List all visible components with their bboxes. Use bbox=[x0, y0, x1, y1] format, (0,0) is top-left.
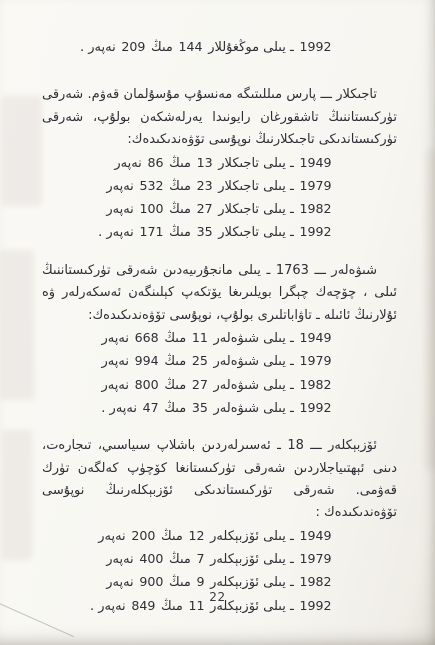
page-text-block: 1992 ـ يىلى موڭغۇللار 144 مىڭ 209 نەپەر … bbox=[42, 36, 397, 618]
thousand-word: مىڭ bbox=[164, 331, 186, 346]
thousand-word: مىڭ bbox=[169, 225, 191, 240]
stat-thousands: 27 bbox=[195, 201, 214, 216]
stat-remainder: 532 bbox=[138, 178, 165, 193]
stat-label: ـ يىلى تاجىكلار bbox=[218, 202, 294, 217]
stat-thousands: 35 bbox=[195, 224, 214, 239]
stat-thousands: 27 bbox=[190, 377, 209, 392]
thousand-word: مىڭ bbox=[161, 529, 183, 544]
stat-unit: نەپەر . bbox=[80, 40, 116, 55]
stat-unit: نەپەر bbox=[102, 331, 129, 346]
stat-unit: نەپەر bbox=[106, 179, 133, 194]
stat-thousands: 7 bbox=[195, 551, 206, 566]
stat-year: 1982 bbox=[298, 201, 333, 216]
stat-unit: نەپەر bbox=[106, 202, 133, 217]
thousand-word: مىڭ bbox=[169, 552, 191, 567]
population-stat-line: 1979 ـ يىلى تاجىكلار 23 مىڭ 532 نەپەر bbox=[42, 175, 333, 198]
thousand-word: مىڭ bbox=[169, 156, 191, 171]
stat-remainder: 800 bbox=[133, 377, 160, 392]
stat-thousands: 23 bbox=[195, 178, 214, 193]
stat-remainder: 47 bbox=[141, 400, 160, 415]
population-stat-line: 1979 ـ يىلى ئۆزبېكلەر 7 مىڭ 400 نەپەر bbox=[42, 548, 333, 571]
stat-remainder: 900 bbox=[138, 574, 165, 589]
population-stat-line: 1949 ـ يىلى شىۋەلەر 11 مىڭ 668 نەپەر bbox=[42, 327, 333, 350]
stat-year: 1949 bbox=[298, 330, 333, 345]
population-stat-line: 1982 ـ يىلى شىۋەلەر 27 مىڭ 800 نەپەر bbox=[42, 374, 333, 397]
stat-label: ـ يىلى تاجىكلار bbox=[218, 225, 294, 240]
stat-thousands: 12 bbox=[187, 528, 206, 543]
stat-label: ـ يىلى شىۋەلەر bbox=[213, 331, 293, 346]
stat-remainder: 209 bbox=[120, 39, 147, 54]
stat-remainder: 171 bbox=[138, 224, 165, 239]
stat-label: ـ يىلى ئۆزبېكلەر bbox=[210, 552, 294, 567]
stats-xibes: 1949 ـ يىلى شىۋەلەر 11 مىڭ 668 نەپەر 197… bbox=[42, 327, 397, 420]
stat-unit: نەپەر bbox=[102, 354, 129, 369]
paragraph-tajiks: تاجىكلار ـــ پارس مىللىتىگە مەنسۇپ مۇسۇل… bbox=[42, 84, 397, 151]
paragraph-uzbeks: ئۆزبېكلەر ـــ 18 ـ ئەسىرلەردىن باشلاپ سى… bbox=[42, 435, 397, 525]
stat-remainder: 668 bbox=[133, 330, 160, 345]
stat-label: ـ يىلى شىۋەلەر bbox=[213, 401, 293, 416]
section-tajiks: تاجىكلار ـــ پارس مىللىتىگە مەنسۇپ مۇسۇل… bbox=[42, 84, 397, 244]
thousand-word: مىڭ bbox=[164, 401, 186, 416]
stat-year: 1992 bbox=[298, 224, 333, 239]
population-stat-line-mongols-1992: 1992 ـ يىلى موڭغۇللار 144 مىڭ 209 نەپەر … bbox=[42, 36, 333, 59]
stat-year: 1992 bbox=[298, 39, 333, 54]
section-xibes: شىۋەلەر ـــ 1763 ـ يىلى مانجۇرىيەدىن شەر… bbox=[42, 260, 397, 420]
stat-year: 1982 bbox=[298, 377, 333, 392]
population-stat-line: 1979 ـ يىلى شىۋەلەر 25 مىڭ 994 نەپەر bbox=[42, 350, 333, 373]
population-stat-line: 1982 ـ يىلى تاجىكلار 27 مىڭ 100 نەپەر bbox=[42, 198, 333, 221]
population-stat-line: 1992 ـ يىلى تاجىكلار 35 مىڭ 171 نەپەر . bbox=[42, 221, 333, 244]
page-bleedthrough bbox=[0, 250, 34, 400]
stat-label: ـ يىلى تاجىكلار bbox=[218, 179, 294, 194]
thousand-word: مىڭ bbox=[169, 202, 191, 217]
stat-unit: نەپەر bbox=[106, 552, 133, 567]
population-stat-line: 1992 ـ يىلى شىۋەلەر 35 مىڭ 47 نەپەر . bbox=[42, 397, 333, 420]
stat-thousands: 25 bbox=[190, 353, 209, 368]
stat-year: 1979 bbox=[298, 551, 333, 566]
stats-tajiks: 1949 ـ يىلى تاجىكلار 13 مىڭ 86 نەپەر 197… bbox=[42, 152, 397, 245]
stat-label: ـ يىلى ئۆزبېكلەر bbox=[210, 529, 294, 544]
stat-remainder: 100 bbox=[138, 201, 165, 216]
stat-year: 1979 bbox=[298, 178, 333, 193]
stat-unit: نەپەر bbox=[102, 378, 129, 393]
page-bleedthrough bbox=[2, 430, 32, 560]
stat-thousands: 35 bbox=[190, 400, 209, 415]
stat-remainder: 400 bbox=[138, 551, 165, 566]
thousand-word: مىڭ bbox=[169, 179, 191, 194]
stat-remainder: 994 bbox=[133, 353, 160, 368]
stat-unit: نەپەر bbox=[98, 529, 125, 544]
thousand-word: مىڭ bbox=[169, 575, 191, 590]
stat-thousands: 144 bbox=[177, 39, 204, 54]
stat-label: ـ يىلى تاجىكلار bbox=[218, 156, 294, 171]
stat-year: 1992 bbox=[298, 400, 333, 415]
stat-year: 1979 bbox=[298, 353, 333, 368]
book-page-scan: 1992 ـ يىلى موڭغۇللار 144 مىڭ 209 نەپەر … bbox=[0, 0, 435, 645]
page-bleedthrough bbox=[2, 96, 42, 206]
stat-unit: نەپەر bbox=[114, 156, 141, 171]
stat-year: 1949 bbox=[298, 528, 333, 543]
population-stat-line: 1949 ـ يىلى تاجىكلار 13 مىڭ 86 نەپەر bbox=[42, 152, 333, 175]
thousand-word: مىڭ bbox=[151, 40, 173, 55]
thousand-word: مىڭ bbox=[164, 378, 186, 393]
stat-remainder: 86 bbox=[146, 155, 165, 170]
stat-label: ـ يىلى شىۋەلەر bbox=[213, 354, 293, 369]
stat-unit: نەپەر . bbox=[98, 225, 134, 240]
stat-thousands: 13 bbox=[195, 155, 214, 170]
thousand-word: مىڭ bbox=[164, 354, 186, 369]
population-stat-line: 1949 ـ يىلى ئۆزبېكلەر 12 مىڭ 200 نەپەر bbox=[42, 525, 333, 548]
stat-label: ـ يىلى شىۋەلەر bbox=[213, 378, 293, 393]
stat-year: 1982 bbox=[298, 574, 333, 589]
stat-unit: نەپەر . bbox=[101, 401, 137, 416]
stat-thousands: 11 bbox=[190, 330, 209, 345]
stat-year: 1949 bbox=[298, 155, 333, 170]
page-bleedthrough bbox=[425, 150, 435, 470]
stat-remainder: 200 bbox=[130, 528, 157, 543]
page-number: 22 bbox=[0, 590, 435, 604]
stat-label: ـ يىلى موڭغۇللار bbox=[208, 40, 294, 55]
stat-label: ـ يىلى ئۆزبېكلەر bbox=[210, 575, 294, 590]
stat-thousands: 9 bbox=[195, 574, 206, 589]
paragraph-xibes: شىۋەلەر ـــ 1763 ـ يىلى مانجۇرىيەدىن شەر… bbox=[42, 260, 397, 327]
stat-unit: نەپەر bbox=[106, 575, 133, 590]
